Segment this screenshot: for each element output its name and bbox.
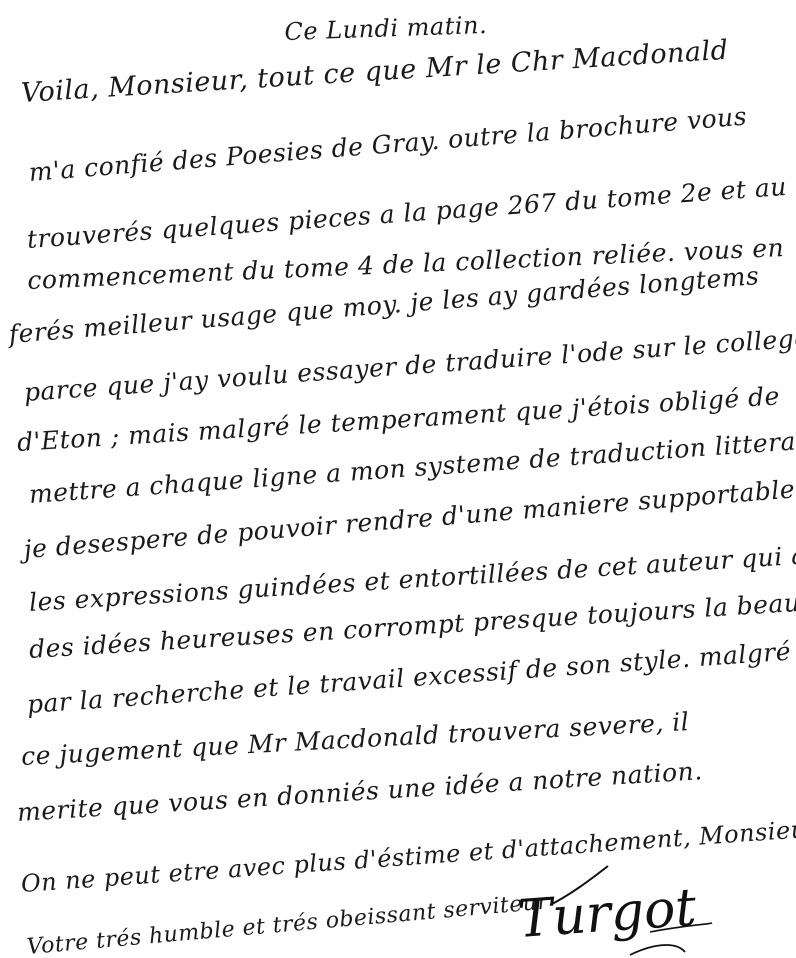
letter-line: merite que vous en donniés une idée a no… [16, 756, 703, 827]
letter-page: Ce Lundi matin. Voila, Monsieur, tout ce… [0, 0, 796, 958]
letter-line: Votre trés humble et trés obeissant serv… [26, 889, 550, 958]
signature-flourish-icon [500, 860, 796, 958]
letter-line: ce jugement que Mr Macdonald trouvera se… [20, 707, 689, 771]
letter-line: m'a confié des Poesies de Gray. outre la… [28, 102, 748, 187]
letter-line: Voila, Monsieur, tout ce que Mr le Chr M… [20, 35, 729, 109]
letter-heading: Ce Lundi matin. [284, 11, 488, 46]
